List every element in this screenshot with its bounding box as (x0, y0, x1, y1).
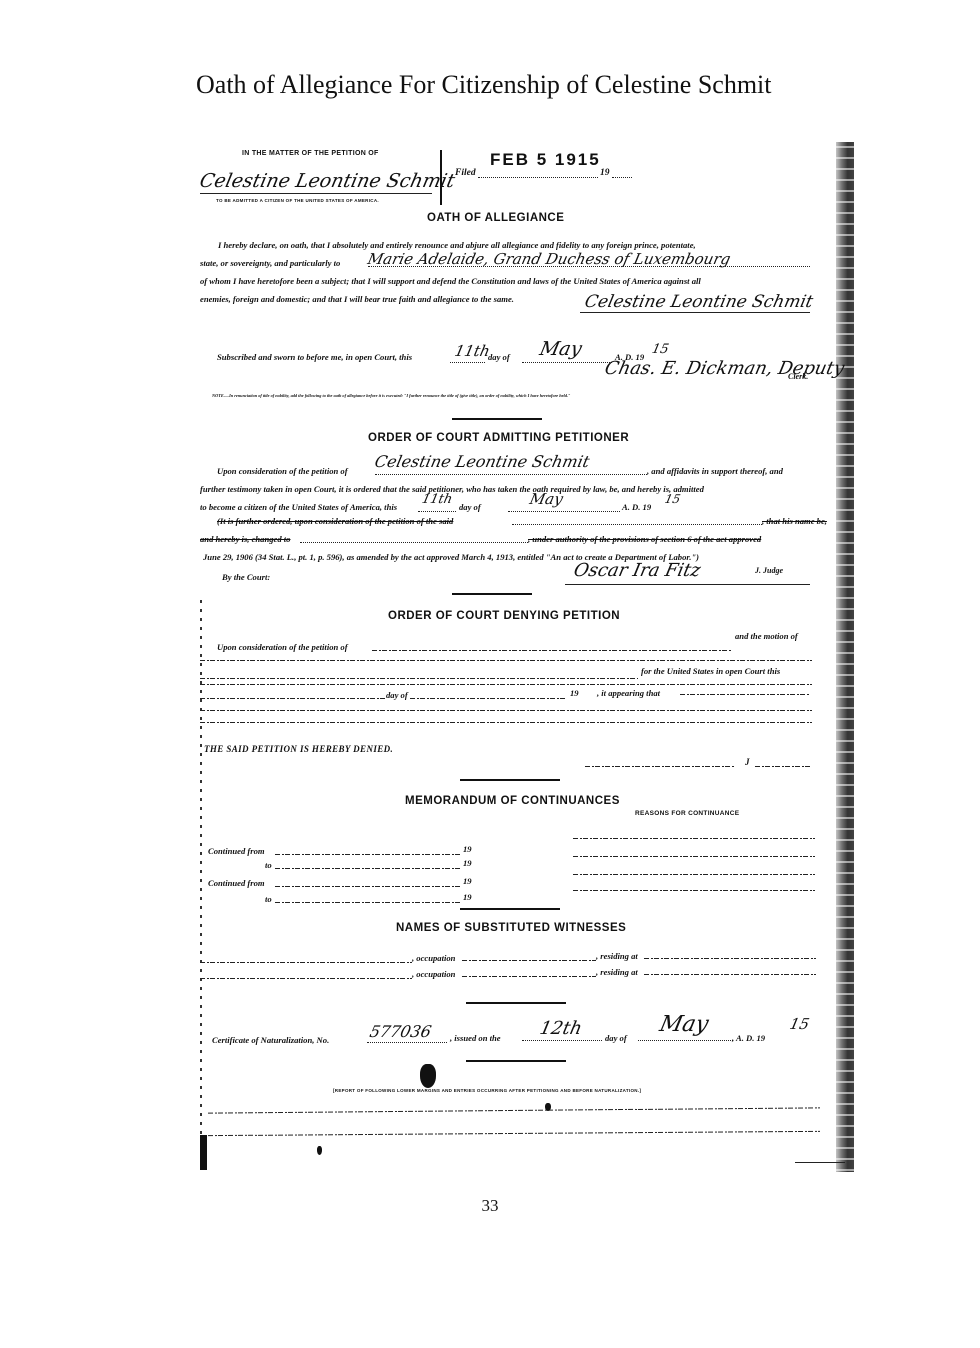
denying-line-1-prefix: Upon consideration of the petition of (217, 642, 348, 652)
page-title: Oath of Allegiance For Citizenship of Ce… (196, 70, 796, 100)
certificate-number: 577036 (368, 1022, 433, 1041)
denying-year: 19 (570, 688, 579, 698)
witness-1-residing-blank (644, 958, 816, 959)
subscribed-month-dots (522, 362, 612, 363)
continued-to-2-blank (275, 902, 460, 903)
report-note: [REPORT OF FOLLOWING LOWER MARGINS AND E… (333, 1088, 641, 1093)
subscribed-prefix: Subscribed and sworn to before me, in op… (217, 352, 412, 362)
certificate-issued-label: , issued on the (450, 1033, 501, 1043)
oath-line-3: of whom I have heretofore been a subject… (200, 276, 701, 286)
continued-to-1-blank (275, 868, 460, 869)
judge-signature-line (565, 584, 810, 585)
subscribed-day-dots (450, 362, 485, 363)
petitioner-name-handwritten: Celestine Leontine Schmit (198, 170, 457, 192)
judge-label: J. Judge (755, 566, 783, 575)
filed-label: Filed (455, 168, 476, 178)
denying-day-of: day of (386, 690, 408, 700)
continued-from-2-year: 19 (463, 876, 472, 886)
continued-from-1-year: 19 (463, 844, 472, 854)
nobility-note: NOTE.—In renunciation of title of nobili… (212, 393, 570, 398)
admitted-month: May (528, 490, 565, 508)
petition-denied-text: THE SAID PETITION IS HEREBY DENIED. (204, 744, 393, 754)
witness-2-occupation-label: , occupation (412, 969, 455, 979)
continued-from-1-blank (275, 854, 460, 855)
by-the-court: By the Court: (222, 572, 270, 582)
denying-judge-label: J (745, 757, 750, 767)
struck-line-1-dots (512, 524, 762, 525)
denying-blank-line-2 (200, 678, 638, 679)
denying-blank-line-5 (200, 722, 812, 723)
witness-2-name-blank (200, 978, 412, 979)
admitting-petitioner-name: Celestine Leontine Schmit (373, 452, 591, 471)
reasons-label: REASONS FOR CONTINUANCE (635, 810, 739, 817)
denying-line-3-suffix: , it appearing that (597, 688, 660, 698)
denying-blank-line-4 (200, 710, 812, 711)
struck-line-1: (It is further ordered, upon considerati… (217, 516, 453, 526)
struck-line-2-end: , under authority of the provisions of s… (528, 534, 761, 544)
clerk-label: Clerk. (788, 372, 808, 381)
signature-line (580, 312, 810, 313)
petitioner-signature: Celestine Leontine Schmit (583, 292, 815, 312)
denying-petitioner-blank (372, 650, 732, 651)
admitting-line-1-prefix: Upon consideration of the petition of (217, 466, 348, 476)
admitted-month-dots (508, 511, 620, 512)
filed-year-dots (612, 177, 632, 178)
continued-from-2-blank (275, 886, 460, 887)
witness-2-occupation-blank (462, 976, 596, 977)
witness-2-residing-label: , residing at (596, 967, 638, 977)
reason-line-4 (573, 890, 815, 891)
continued-to-1-label: to (265, 860, 272, 870)
struck-line-2: and hereby is, changed to (200, 534, 290, 544)
admitting-name-dots (375, 474, 647, 475)
denying-line-1-suffix: and the motion of (735, 631, 798, 641)
certificate-year: 15 (788, 1015, 811, 1033)
scan-edge-strip (836, 142, 854, 1172)
admitted-day: 11th (420, 492, 453, 507)
witnesses-heading: NAMES OF SUBSTITUTED WITNESSES (396, 922, 626, 934)
denying-appearing-blank (680, 694, 810, 695)
sovereign-dots (368, 266, 810, 267)
page-number: 33 (0, 1196, 980, 1216)
witness-1-occupation-blank (462, 960, 596, 961)
witness-2-residing-blank (644, 974, 816, 975)
matter-label: IN THE MATTER OF THE PETITION OF (242, 150, 379, 157)
judge-signature: Oscar Ira Fitz (572, 560, 703, 581)
continued-from-1-label: Continued from (208, 846, 265, 856)
oath-line-1: I hereby declare, on oath, that I absolu… (218, 240, 696, 250)
ink-speck-2 (317, 1146, 322, 1155)
admitting-line-1-suffix: , and affidavits in support thereof, and (647, 466, 783, 476)
admitting-heading: ORDER OF COURT ADMITTING PETITIONER (368, 432, 629, 444)
certificate-ad-label: , A. D. 19 (732, 1033, 765, 1043)
admitted-ad-label: A. D. 19 (622, 502, 651, 512)
struck-line-1-end: , that his name be, (762, 516, 827, 526)
denying-month-blank (410, 698, 565, 699)
continued-to-2-year: 19 (463, 892, 472, 902)
certificate-month-dots (638, 1040, 733, 1041)
section-divider-5 (466, 1002, 566, 1004)
section-divider-6 (466, 1060, 566, 1062)
continuances-heading: MEMORANDUM OF CONTINUANCES (405, 795, 620, 807)
witness-1-name-blank (200, 962, 412, 963)
oath-heading: OATH OF ALLEGIANCE (427, 212, 564, 224)
reason-line-3 (573, 874, 815, 875)
continued-from-2-label: Continued from (208, 878, 265, 888)
denying-judge-line-2 (755, 766, 812, 767)
oath-line-4: enemies, foreign and domestic; and that … (200, 294, 514, 304)
scan-left-edge-mark (200, 1135, 207, 1170)
admitted-day-dots (418, 511, 456, 512)
continued-to-1-year: 19 (463, 858, 472, 868)
certificate-day-of: day of (605, 1033, 627, 1043)
witness-1-residing-label: , residing at (596, 951, 638, 961)
denying-heading: ORDER OF COURT DENYING PETITION (388, 610, 620, 622)
certificate-issued-month: May (657, 1012, 710, 1037)
certificate-number-dots (367, 1042, 447, 1043)
filed-dots (478, 177, 598, 178)
denying-blank-line-1 (200, 660, 812, 661)
section-divider-4 (460, 908, 560, 910)
section-divider-3 (460, 779, 560, 781)
continued-to-2-label: to (265, 894, 272, 904)
denying-judge-line (585, 766, 735, 767)
ink-blot (420, 1064, 436, 1088)
subscribed-year: 15 (650, 342, 670, 357)
struck-line-2-dots (300, 542, 528, 543)
section-divider-1 (452, 418, 542, 420)
oath-line-2: state, or sovereignty, and particularly … (200, 258, 340, 268)
section-divider-2 (452, 593, 532, 595)
denying-day-blank (200, 698, 385, 699)
filed-stamp: FEB 5 1915 (490, 150, 601, 170)
filed-year: 19 (600, 168, 610, 178)
clerk-signature: Chas. E. Dickman, Deputy (603, 358, 846, 379)
witness-1-occupation-label: , occupation (412, 953, 455, 963)
admit-label: TO BE ADMITTED A CITIZEN OF THE UNITED S… (216, 198, 379, 203)
certificate-day-dots (522, 1040, 602, 1041)
reason-line-1 (573, 838, 815, 839)
header-divider (440, 150, 442, 205)
certificate-prefix: Certificate of Naturalization, No. (212, 1035, 329, 1045)
subscribed-day-of: day of (488, 352, 510, 362)
certificate-issued-day: 12th (538, 1018, 584, 1039)
denying-blank-line-3 (200, 684, 812, 685)
subscribed-month: May (538, 338, 584, 360)
ink-speck-1 (545, 1103, 551, 1111)
denying-line-2-suffix: for the United States in open Court this (641, 666, 780, 676)
admitted-day-of: day of (459, 502, 481, 512)
subscribed-day: 11th (453, 342, 492, 360)
reason-line-2 (573, 856, 815, 857)
name-underline (200, 193, 432, 194)
admitting-line-3-prefix: to become a citizen of the United States… (200, 502, 397, 512)
admitted-year: 15 (664, 492, 682, 506)
corner-mark (795, 1162, 845, 1163)
